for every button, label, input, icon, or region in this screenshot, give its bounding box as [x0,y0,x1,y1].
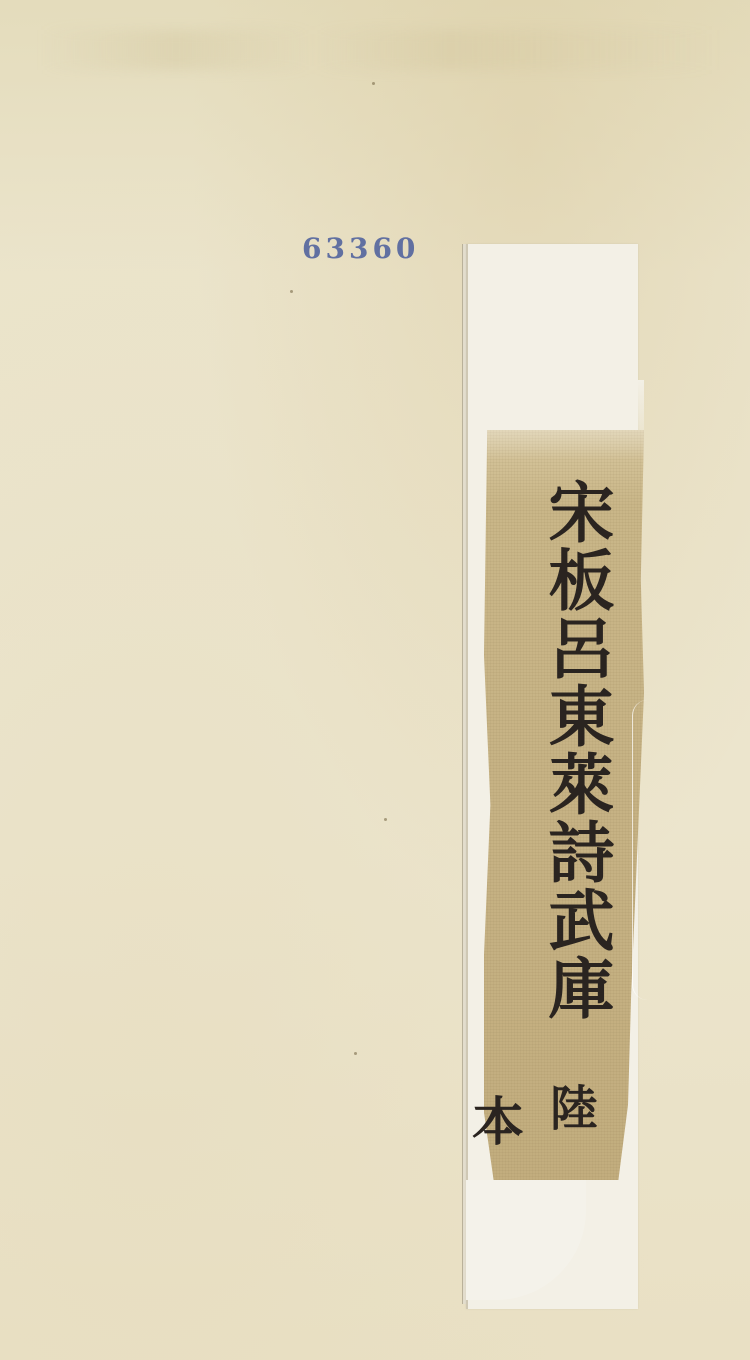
paper-speck [290,290,293,293]
loose-thread [632,700,663,1000]
slip-top-fade [484,380,644,460]
paper-speck [384,818,387,821]
catalog-number-stamp: 63360 [302,232,419,265]
paper-speck [372,82,375,85]
paper-stain [40,30,720,70]
title-slip-text: 宋板呂東萊詩武庫 [506,478,616,1022]
title-slip-note-left: 本 [472,1080,524,1155]
title-slip-note-right: 陸 [550,1070,598,1139]
paper-speck [354,1052,357,1055]
